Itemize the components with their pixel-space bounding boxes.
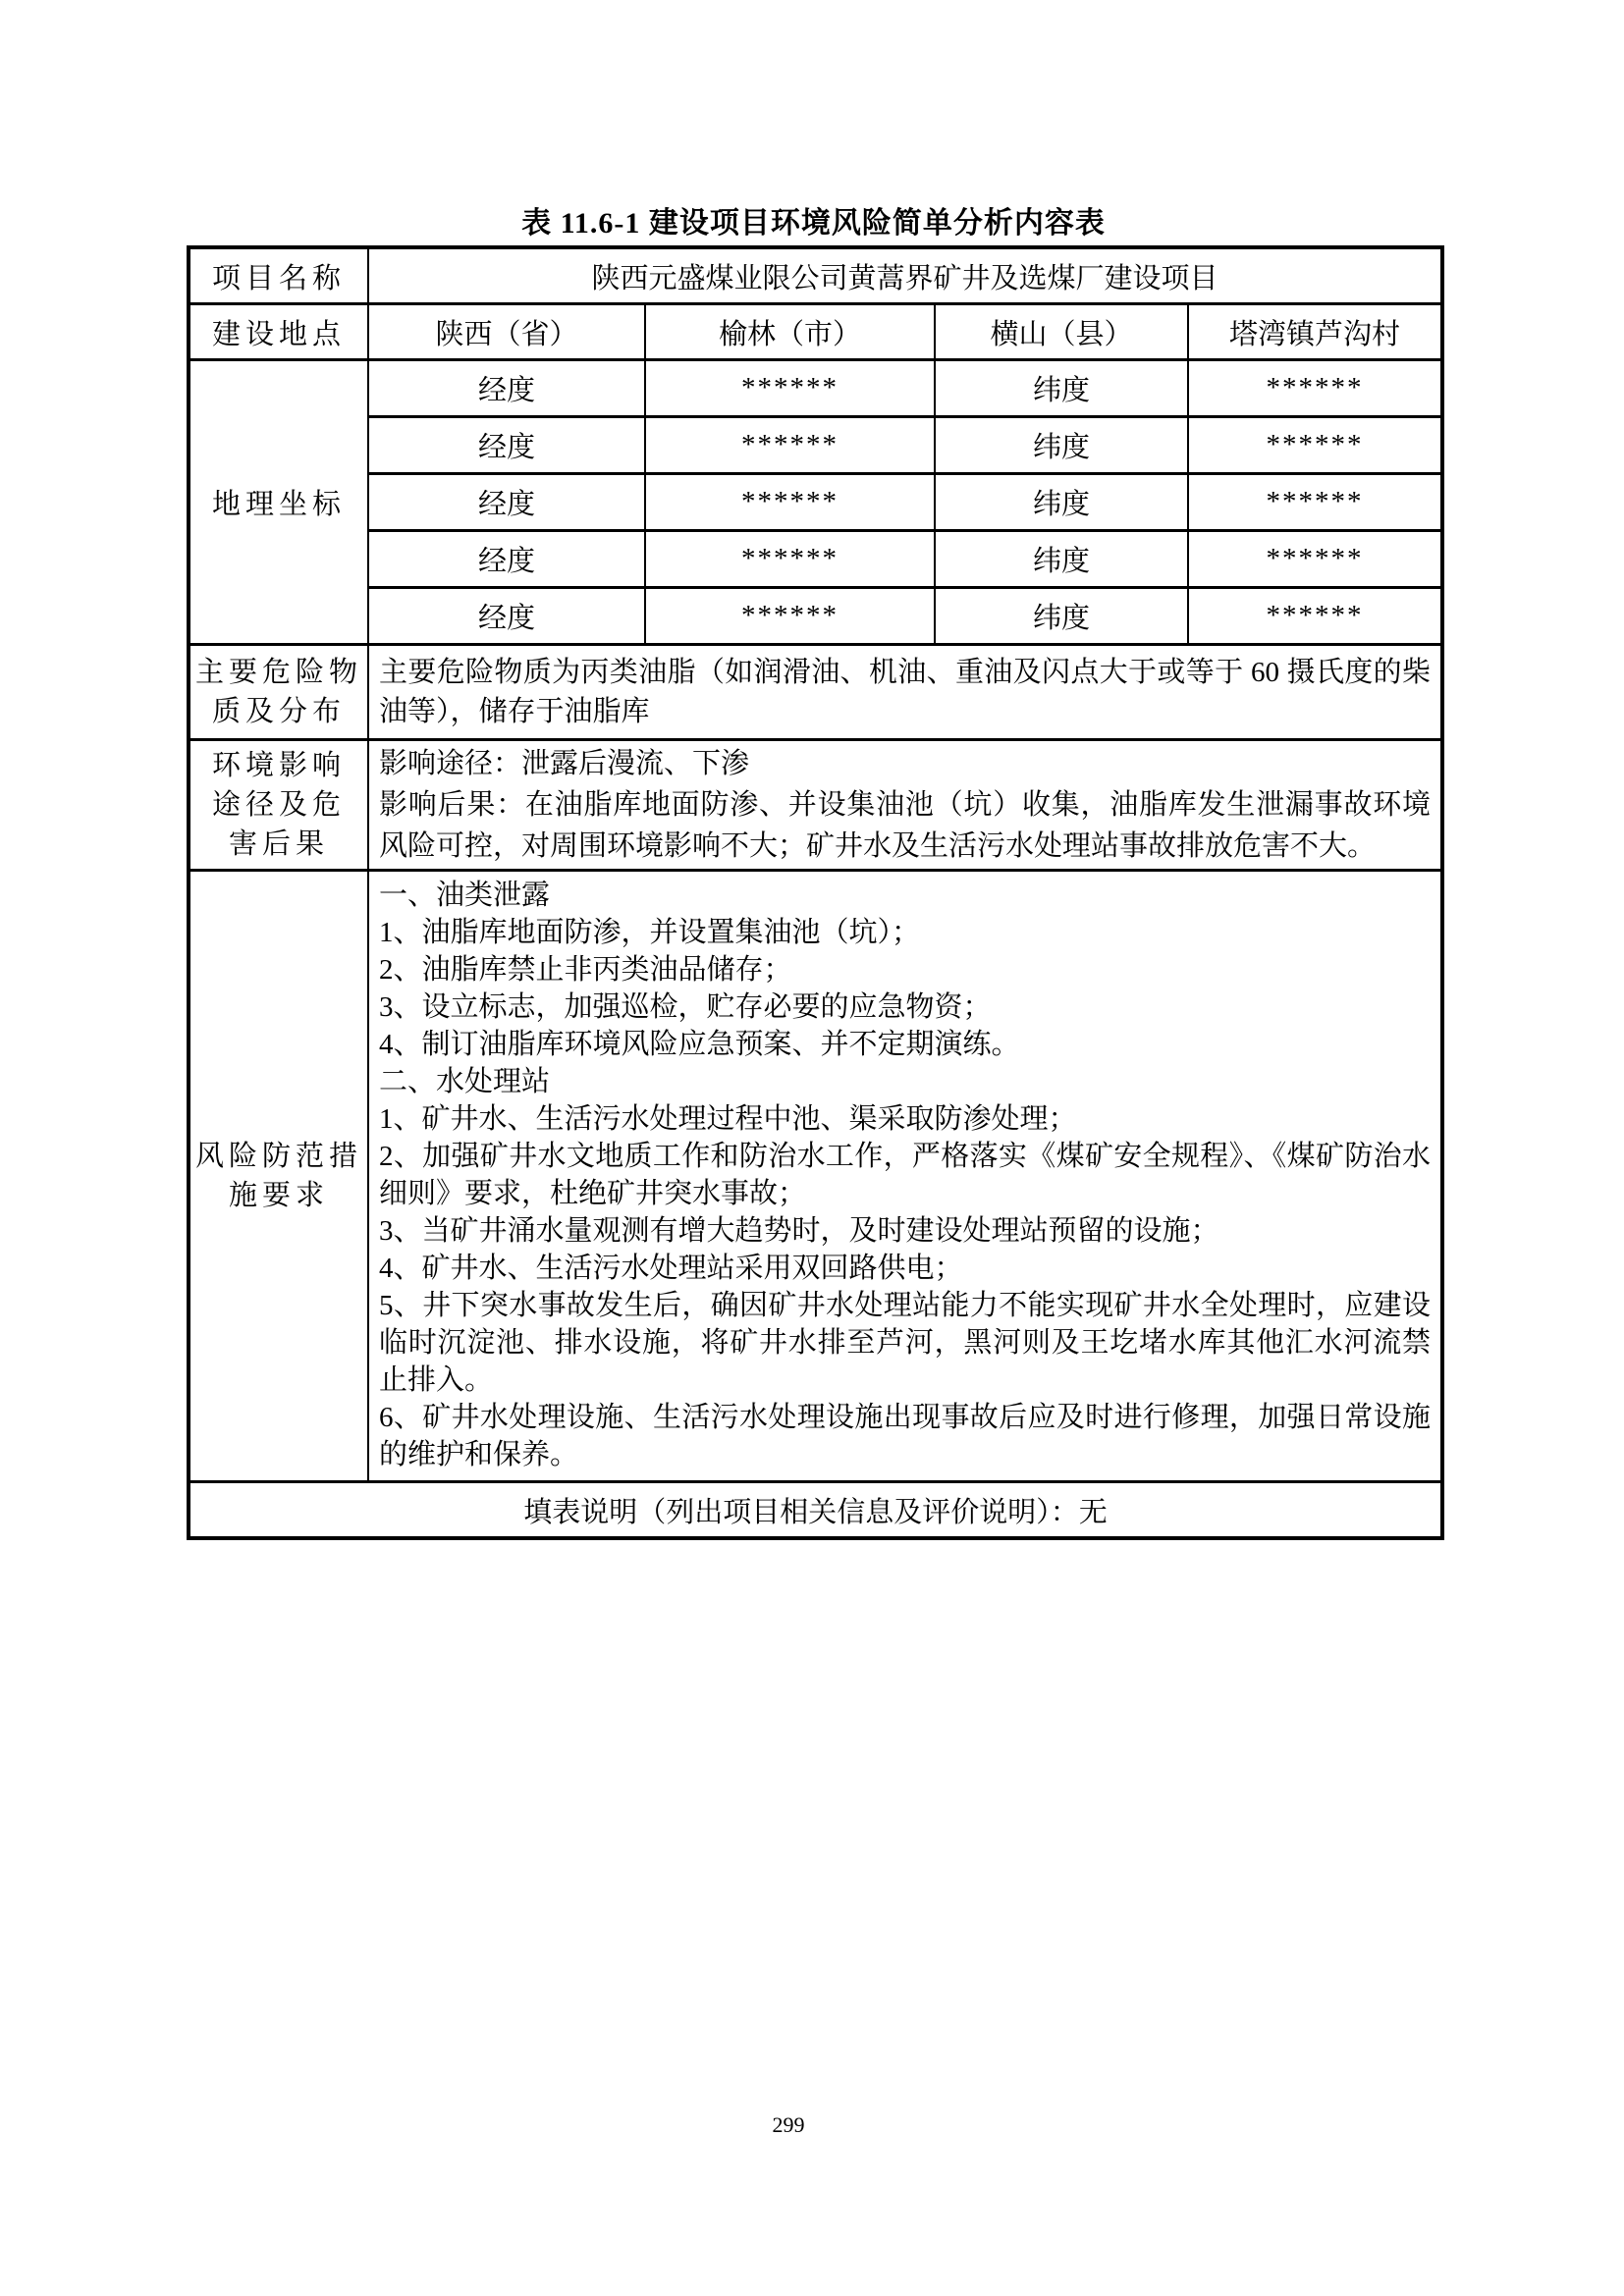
coordinate-row: 地理坐标 经度 ****** 纬度 ****** bbox=[189, 360, 1442, 417]
impact-label-line: 途径及危 bbox=[194, 785, 363, 825]
impact-pathway: 影响途径：泄露后漫流、下渗 bbox=[379, 743, 1431, 784]
location-province: 陕西（省） bbox=[368, 304, 645, 360]
latitude-value: ****** bbox=[1188, 360, 1442, 417]
project-name-value: 陕西元盛煤业限公司黄蒿界矿井及选煤厂建设项目 bbox=[368, 247, 1442, 304]
measures-line: 一、油类泄露 bbox=[379, 877, 1431, 914]
measures-line: 4、制订油脂库环境风险应急预案、并不定期演练。 bbox=[379, 1026, 1431, 1063]
longitude-label: 经度 bbox=[368, 417, 645, 474]
latitude-label: 纬度 bbox=[935, 474, 1188, 531]
latitude-value: ****** bbox=[1188, 474, 1442, 531]
measures-line: 1、油脂库地面防渗，并设置集油池（坑）； bbox=[379, 914, 1431, 951]
measures-label-line: 施要求 bbox=[194, 1176, 363, 1215]
latitude-label: 纬度 bbox=[935, 360, 1188, 417]
hazard-row: 主要危险物 质及分布 主要危险物质为丙类油脂（如润滑油、机油、重油及闪点大于或等… bbox=[189, 645, 1442, 740]
latitude-value: ****** bbox=[1188, 588, 1442, 645]
coordinate-row: 经度 ****** 纬度 ****** bbox=[189, 531, 1442, 588]
measures-label: 风险防范措 施要求 bbox=[189, 871, 368, 1482]
impact-consequence: 影响后果：在油脂库地面防渗、并设集油池（坑）收集，油脂库发生泄漏事故环境风险可控… bbox=[379, 784, 1431, 867]
measures-line: 3、设立标志，加强巡检，贮存必要的应急物资； bbox=[379, 988, 1431, 1026]
impact-label: 环境影响 途径及危 害后果 bbox=[189, 740, 368, 871]
coordinates-label: 地理坐标 bbox=[189, 360, 368, 645]
measures-text: 一、油类泄露 1、油脂库地面防渗，并设置集油池（坑）； 2、油脂库禁止非丙类油品… bbox=[368, 871, 1442, 1482]
impact-text: 影响途径：泄露后漫流、下渗 影响后果：在油脂库地面防渗、并设集油池（坑）收集，油… bbox=[368, 740, 1442, 871]
longitude-value: ****** bbox=[645, 417, 935, 474]
measures-line: 3、当矿井涌水量观测有增大趋势时，及时建设处理站预留的设施； bbox=[379, 1212, 1431, 1250]
coordinate-row: 经度 ****** 纬度 ****** bbox=[189, 474, 1442, 531]
measures-label-line: 风险防范措 bbox=[194, 1137, 363, 1176]
measures-line: 6、矿井水处理设施、生活污水处理设施出现事故后应及时进行修理，加强日常设施的维护… bbox=[379, 1399, 1431, 1473]
longitude-label: 经度 bbox=[368, 531, 645, 588]
note-row: 填表说明（列出项目相关信息及评价说明）：无 bbox=[189, 1482, 1442, 1539]
longitude-label: 经度 bbox=[368, 360, 645, 417]
longitude-label: 经度 bbox=[368, 588, 645, 645]
impact-row: 环境影响 途径及危 害后果 影响途径：泄露后漫流、下渗 影响后果：在油脂库地面防… bbox=[189, 740, 1442, 871]
page-number: 299 bbox=[0, 2112, 1600, 2138]
note-text: 填表说明（列出项目相关信息及评价说明）：无 bbox=[189, 1482, 1442, 1539]
latitude-label: 纬度 bbox=[935, 531, 1188, 588]
hazard-text: 主要危险物质为丙类油脂（如润滑油、机油、重油及闪点大于或等于 60 摄氏度的柴油… bbox=[368, 645, 1442, 740]
coordinate-row: 经度 ****** 纬度 ****** bbox=[189, 417, 1442, 474]
location-village: 塔湾镇芦沟村 bbox=[1188, 304, 1442, 360]
measures-line: 2、油脂库禁止非丙类油品储存； bbox=[379, 951, 1431, 988]
hazard-label: 主要危险物 质及分布 bbox=[189, 645, 368, 740]
longitude-label: 经度 bbox=[368, 474, 645, 531]
measures-line: 5、井下突水事故发生后，确因矿井水处理站能力不能实现矿井水全处理时，应建设临时沉… bbox=[379, 1287, 1431, 1399]
longitude-value: ****** bbox=[645, 474, 935, 531]
measures-line: 4、矿井水、生活污水处理站采用双回路供电； bbox=[379, 1250, 1431, 1287]
coordinate-row: 经度 ****** 纬度 ****** bbox=[189, 588, 1442, 645]
measures-line: 二、水处理站 bbox=[379, 1063, 1431, 1100]
hazard-label-line: 主要危险物 bbox=[194, 653, 363, 692]
location-label: 建设地点 bbox=[189, 304, 368, 360]
measures-line: 2、加强矿井水文地质工作和防治水工作，严格落实《煤矿安全规程》、《煤矿防治水细则… bbox=[379, 1138, 1431, 1212]
project-name-row: 项目名称 陕西元盛煤业限公司黄蒿界矿井及选煤厂建设项目 bbox=[189, 247, 1442, 304]
measures-row: 风险防范措 施要求 一、油类泄露 1、油脂库地面防渗，并设置集油池（坑）； 2、… bbox=[189, 871, 1442, 1482]
location-county: 横山（县） bbox=[935, 304, 1188, 360]
table-title: 表 11.6-1 建设项目环境风险简单分析内容表 bbox=[187, 198, 1440, 241]
latitude-label: 纬度 bbox=[935, 588, 1188, 645]
longitude-value: ****** bbox=[645, 360, 935, 417]
location-city: 榆林（市） bbox=[645, 304, 935, 360]
document-page: 表 11.6-1 建设项目环境风险简单分析内容表 项目名称 陕西元盛煤业限公司黄… bbox=[0, 0, 1624, 2296]
latitude-label: 纬度 bbox=[935, 417, 1188, 474]
risk-analysis-table: 项目名称 陕西元盛煤业限公司黄蒿界矿井及选煤厂建设项目 建设地点 陕西（省） 榆… bbox=[187, 245, 1444, 1540]
location-row: 建设地点 陕西（省） 榆林（市） 横山（县） 塔湾镇芦沟村 bbox=[189, 304, 1442, 360]
project-name-label: 项目名称 bbox=[189, 247, 368, 304]
impact-label-line: 环境影响 bbox=[194, 746, 363, 785]
longitude-value: ****** bbox=[645, 588, 935, 645]
measures-line: 1、矿井水、生活污水处理过程中池、渠采取防渗处理； bbox=[379, 1100, 1431, 1138]
hazard-text-paragraph: 主要危险物质为丙类油脂（如润滑油、机油、重油及闪点大于或等于 60 摄氏度的柴油… bbox=[379, 653, 1431, 731]
impact-label-line: 害后果 bbox=[194, 825, 363, 864]
latitude-value: ****** bbox=[1188, 417, 1442, 474]
hazard-label-line: 质及分布 bbox=[194, 692, 363, 731]
latitude-value: ****** bbox=[1188, 531, 1442, 588]
longitude-value: ****** bbox=[645, 531, 935, 588]
